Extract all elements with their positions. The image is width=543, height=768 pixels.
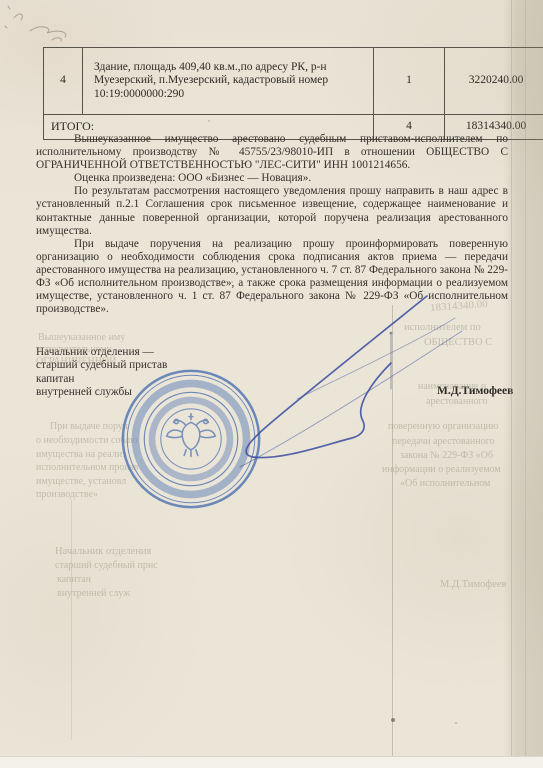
row-description-cell: Здание, площадь 409,40 кв.м.,по адресу Р… [83, 48, 374, 115]
fold-crease-faint [71, 500, 72, 740]
bleedthrough-text: имущества на реализ [36, 449, 126, 460]
bleedthrough-text: ОБЩЕСТВО С [424, 337, 492, 348]
bleedthrough-text: арестованного [426, 396, 487, 407]
body-paragraph-1: Вышеуказанное имущество арестовано судеб… [36, 133, 508, 172]
eagle-emblem [167, 414, 216, 457]
fold-crease [392, 305, 393, 757]
property-table: 4 Здание, площадь 409,40 кв.м.,по адресу… [43, 47, 543, 140]
bleedthrough-text: имуществе, установл [36, 476, 126, 487]
row-number-cell: 4 [44, 48, 83, 115]
scan-bottom-edge [0, 756, 543, 768]
bleedthrough-text: ОГРАНИЧЕННОЙ [36, 356, 116, 367]
bleedthrough-text: внутренней служ [57, 588, 130, 599]
bleedthrough-text: исполнительному [36, 344, 112, 355]
ink-speck [231, 281, 233, 283]
scanned-document-page: 4 Здание, площадь 409,40 кв.м.,по адресу… [0, 0, 543, 768]
ink-speck [208, 120, 210, 122]
bleedthrough-text: исполнителем по [404, 322, 481, 333]
bleedthrough-text: Вышеуказанное иму [38, 332, 125, 343]
bleedthrough-text: передачи арестованного [392, 436, 495, 447]
official-round-stamp [118, 366, 264, 512]
ink-speck [391, 718, 395, 722]
bleedthrough-text: наименование и [418, 381, 486, 392]
pen-signature [246, 296, 427, 458]
bleedthrough-text: информации о реализуемом [382, 464, 501, 475]
bleedthrough-text: капитан [57, 574, 91, 585]
bleedthrough-text: Начальник отделения [55, 546, 151, 557]
body-paragraph-2: Оценка произведена: ООО «Бизнес — Новаци… [36, 172, 508, 185]
body-paragraph-3: По результатам рассмотрения настоящего у… [36, 185, 508, 237]
row-quantity-cell: 1 [374, 48, 445, 115]
bleedthrough-text: При выдаче поруч [50, 421, 128, 432]
bleedthrough-text: производстве» [36, 489, 98, 500]
row-value-cell: 3220240.00 [445, 48, 543, 115]
pencil-note [5, 6, 66, 41]
bleedthrough-text: М.Д.Тимофеев [440, 579, 507, 590]
ink-speck [455, 722, 457, 724]
document-body: Вышеуказанное имущество арестовано судеб… [36, 133, 508, 316]
bleedthrough-text: закона № 229-ФЗ «Об [400, 450, 493, 461]
bleedthrough-text: поверенную организацию [388, 421, 498, 432]
bleedthrough-text: «Об исполнительном [400, 478, 490, 489]
table-row: 4 Здание, площадь 409,40 кв.м.,по адресу… [44, 48, 543, 115]
